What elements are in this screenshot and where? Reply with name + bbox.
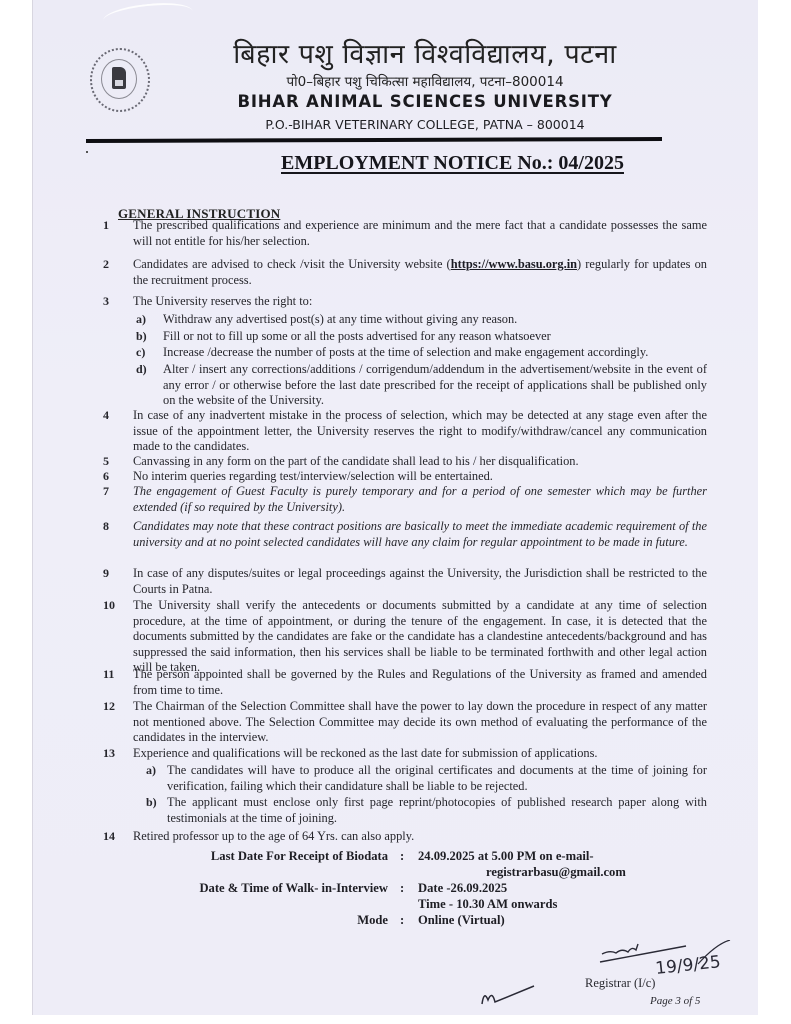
instruction-text: The University shall verify the antecede… bbox=[133, 598, 707, 676]
hindi-university-name: बिहार पशु विज्ञान विश्वविद्यालय, पटना bbox=[185, 34, 665, 71]
initials-mark bbox=[478, 980, 538, 1010]
instruction-text: In case of any inadvertent mistake in th… bbox=[133, 408, 707, 455]
schedule-label: Date & Time of Walk- in-Interview bbox=[173, 880, 388, 896]
instruction-number: 12 bbox=[103, 699, 127, 715]
university-seal-icon bbox=[90, 48, 150, 112]
registrar-designation: Registrar (I/c) bbox=[585, 976, 655, 991]
university-name: BIHAR ANIMAL SCIENCES UNIVERSITY bbox=[210, 92, 640, 111]
instruction-text: Candidates may note that these contract … bbox=[133, 519, 707, 550]
instruction-text: Candidates are advised to check /visit t… bbox=[133, 257, 707, 288]
instruction-number: 1 bbox=[103, 218, 127, 234]
instruction-number: 6 bbox=[103, 469, 127, 485]
instruction-number: 11 bbox=[103, 667, 127, 683]
instruction-text: Retired professor up to the age of 64 Yr… bbox=[133, 829, 707, 845]
schedule-label: Last Date For Receipt of Biodata bbox=[173, 848, 388, 864]
page-number: Page 3 of 5 bbox=[650, 995, 700, 1007]
instruction-number: 4 bbox=[103, 408, 127, 424]
instruction-text: The person appointed shall be governed b… bbox=[133, 667, 707, 698]
instruction-text: In case of any disputes/suites or legal … bbox=[133, 566, 707, 597]
schedule-label: Mode bbox=[173, 912, 388, 928]
svg-text:19/9/25: 19/9/25 bbox=[654, 952, 721, 979]
paper-crease bbox=[102, 0, 194, 33]
email-address: registrarbasu@gmail.com bbox=[486, 864, 686, 880]
instruction-text: No interim queries regarding test/interv… bbox=[133, 469, 707, 485]
schedule-value: Date -26.09.2025 bbox=[418, 880, 618, 896]
instruction-number: 5 bbox=[103, 454, 127, 470]
instruction-text: The prescribed qualifications and experi… bbox=[133, 218, 707, 249]
notice-title: EMPLOYMENT NOTICE No.: 04/2025 bbox=[281, 152, 624, 175]
scan-speck bbox=[86, 151, 88, 153]
schedule-value: Online (Virtual) bbox=[418, 912, 618, 928]
instruction-number: 9 bbox=[103, 566, 127, 582]
instruction-number: 7 bbox=[103, 484, 127, 500]
schedule-value: 24.09.2025 at 5.00 PM on e-mail- bbox=[418, 848, 618, 864]
university-website-link[interactable]: https://www.basu.org.in bbox=[451, 257, 577, 271]
instruction-number: 14 bbox=[103, 829, 127, 845]
instruction-number: 3 bbox=[103, 294, 127, 310]
instruction-text: Canvassing in any form on the part of th… bbox=[133, 454, 707, 470]
instruction-text: The Chairman of the Selection Committee … bbox=[133, 699, 707, 746]
instruction-text: The engagement of Guest Faculty is purel… bbox=[133, 484, 707, 515]
instruction-text: The University reserves the right to: bbox=[133, 294, 707, 310]
instruction-text: Experience and qualifications will be re… bbox=[133, 746, 707, 762]
instruction-number: 2 bbox=[103, 257, 127, 273]
hindi-address: पो0–बिहार पशु चिकित्सा महाविद्यालय, पटना… bbox=[225, 72, 625, 90]
instruction-number: 8 bbox=[103, 519, 127, 535]
university-address: P.O.-BIHAR VETERINARY COLLEGE, PATNA – 8… bbox=[235, 117, 615, 132]
schedule-value: Time - 10.30 AM onwards bbox=[418, 896, 618, 912]
instruction-number: 10 bbox=[103, 598, 127, 614]
instruction-number: 13 bbox=[103, 746, 127, 762]
